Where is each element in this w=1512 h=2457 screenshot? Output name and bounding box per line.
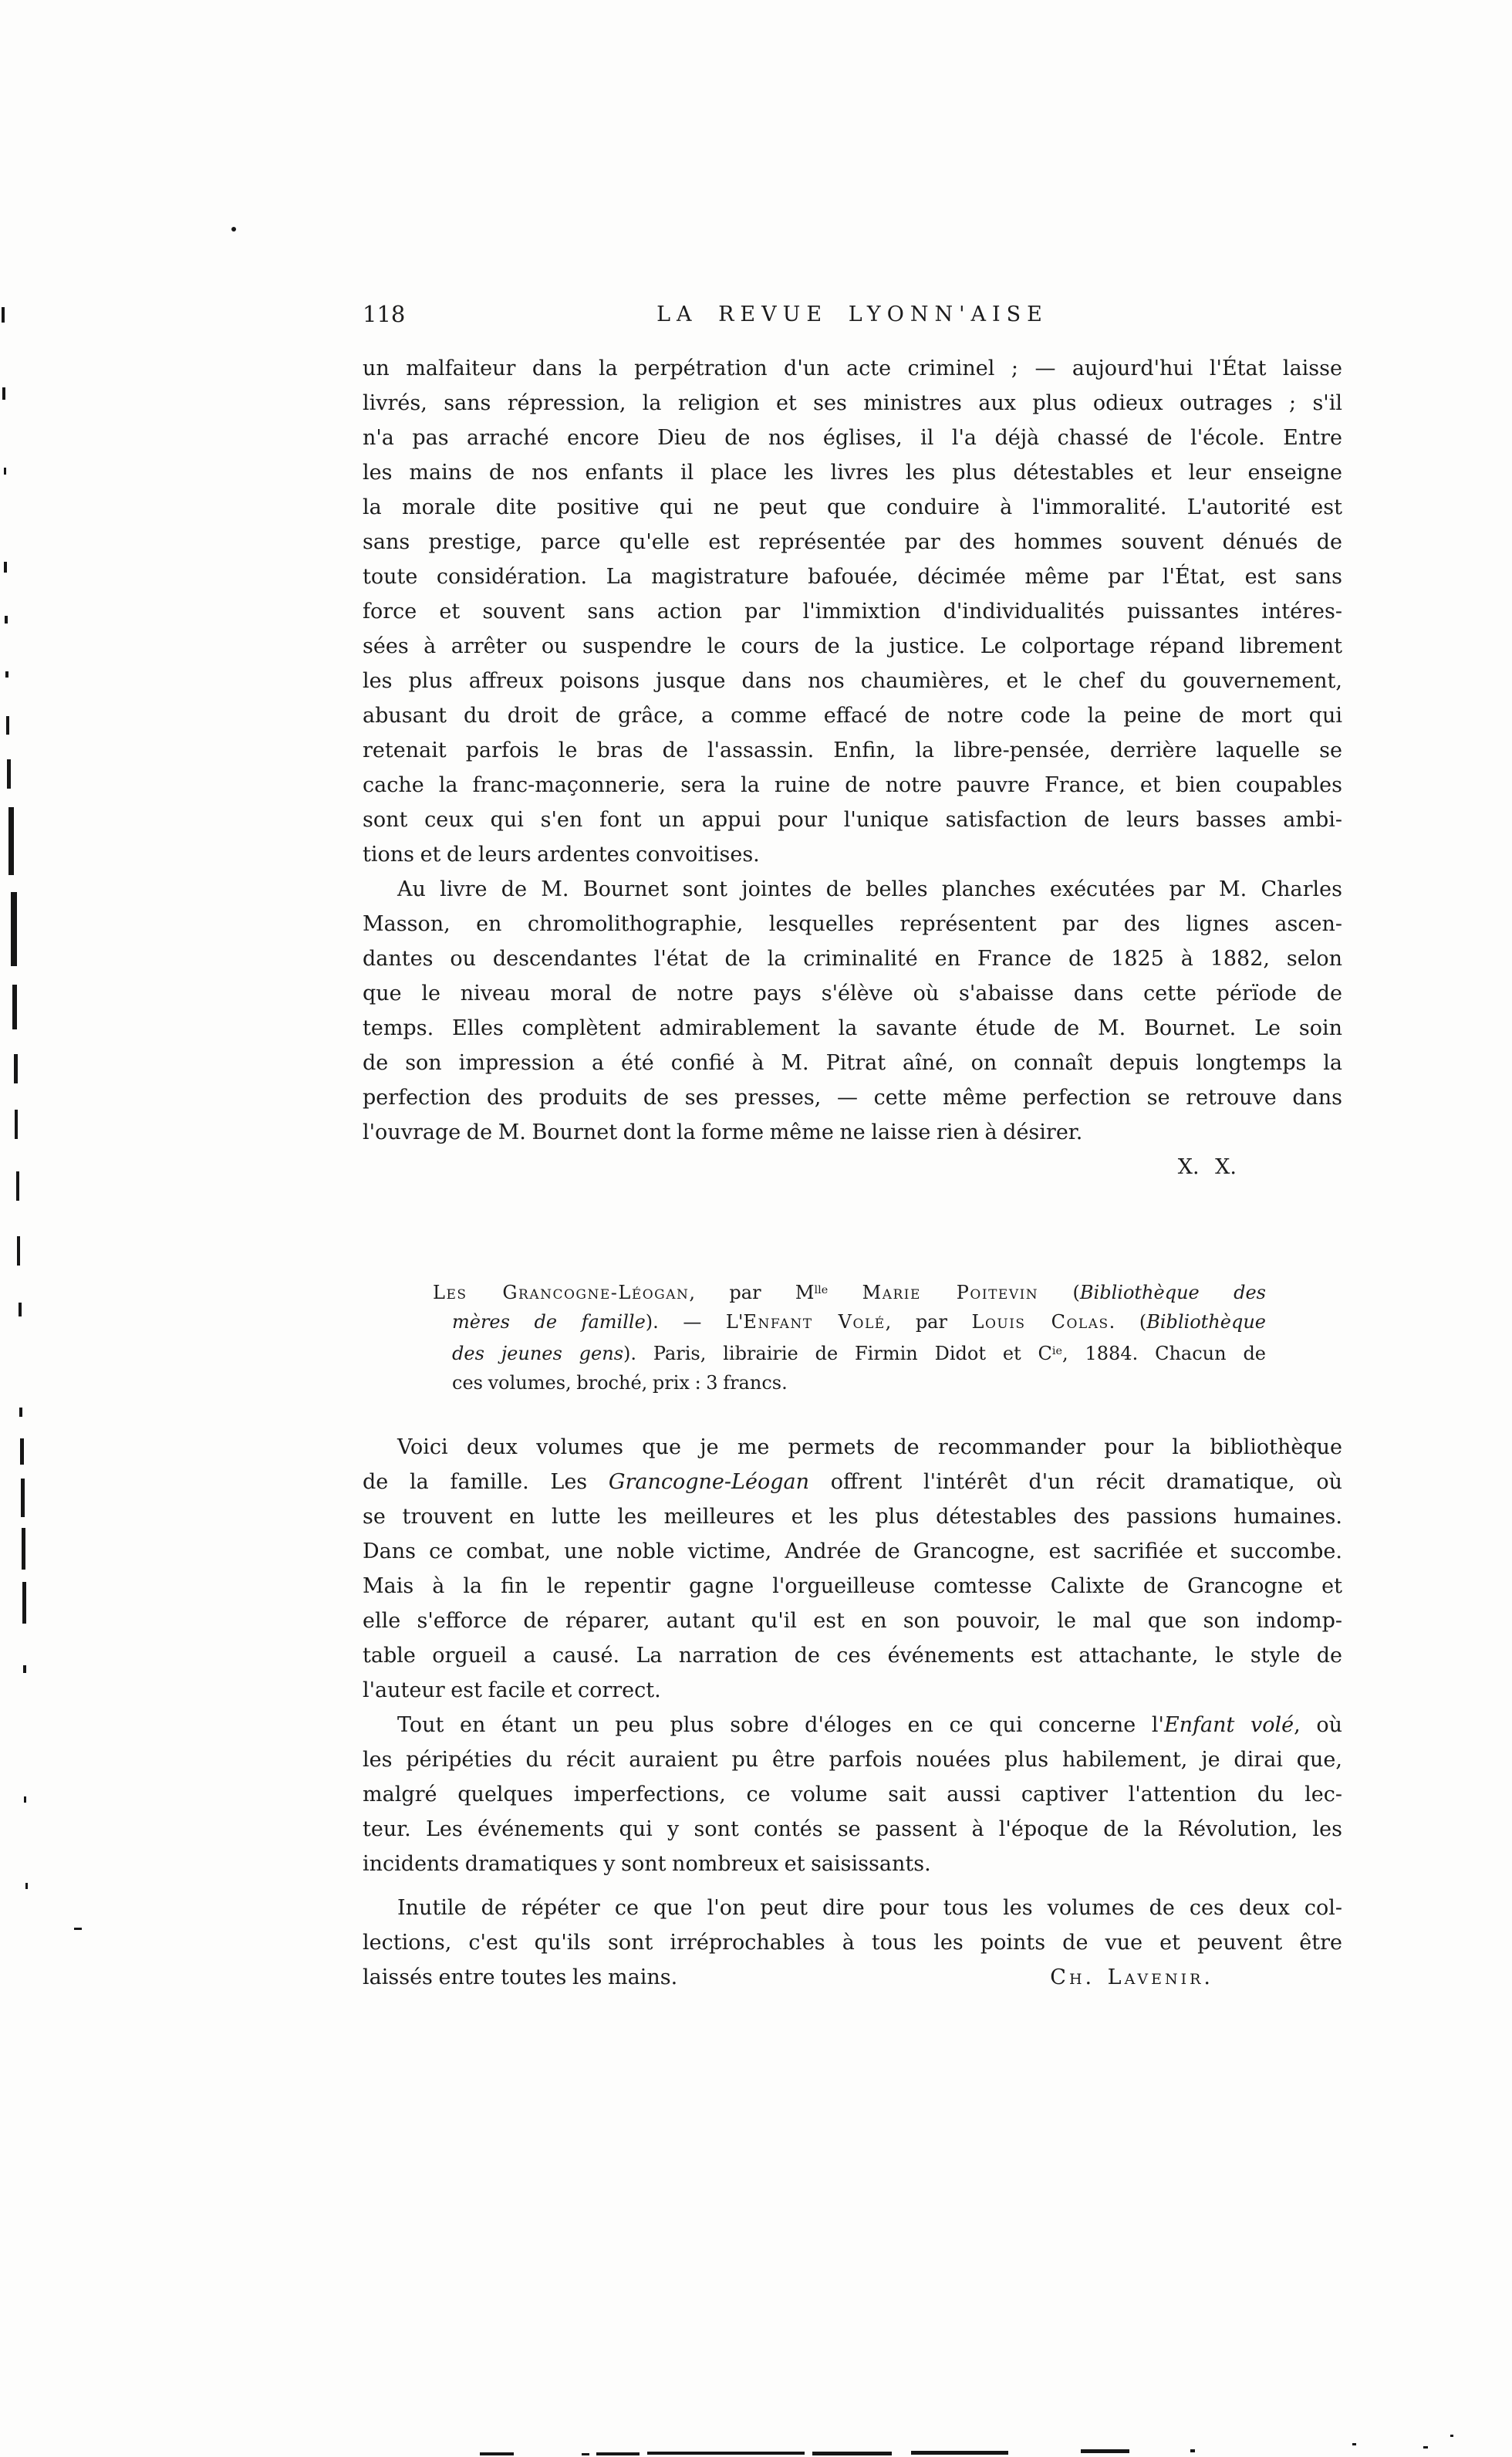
page-edge-mark [596, 2452, 640, 2455]
text-run: de son impression a été confié à M. Pitr… [363, 1051, 1342, 1075]
text-run: cache la franc-maçonnerie, sera la ruine… [363, 773, 1342, 797]
running-title: LA REVUE LYONN'AISE [363, 297, 1342, 332]
text-line: se trouvent en lutte les meilleures et l… [363, 1499, 1342, 1534]
scan-artifact [14, 1054, 18, 1083]
text-run: les péripéties du récit auraient pu être… [363, 1748, 1342, 1772]
text-run: ). Paris, librairie de Firmin Didot et C [623, 1343, 1052, 1364]
text-line: tions et de leurs ardentes convoitises. [363, 837, 1342, 872]
scan-artifact [22, 1582, 26, 1624]
page-edge-mark [812, 2452, 892, 2455]
text-line: elle s'efforce de réparer, autant qu'il … [363, 1604, 1342, 1638]
smallcaps-run: Enfant Volé [743, 1311, 885, 1333]
text-run: , 1884. Chacun de [1062, 1343, 1266, 1364]
text-line: les mains de nos enfants il place les li… [363, 455, 1342, 490]
page-edge-mark [480, 2452, 514, 2455]
scan-artifact [21, 1479, 25, 1517]
scan-artifact [24, 1796, 26, 1803]
text-run: les mains de nos enfants il place les li… [363, 461, 1342, 485]
text-line: Voici deux volumes que je me permets de … [363, 1430, 1342, 1465]
scan-artifact [231, 227, 236, 232]
text-line: que le niveau moral de notre pays s'élèv… [363, 976, 1342, 1011]
superscript-run: ie [1052, 1345, 1062, 1357]
text-line: livrés, sans répression, la religion et … [363, 386, 1342, 421]
text-line: de son impression a été confié à M. Pitr… [363, 1046, 1342, 1080]
superscript-run: lle [815, 1284, 829, 1296]
text-run: abusant du droit de grâce, a comme effac… [363, 704, 1342, 728]
italic-run: Enfant volé [1164, 1713, 1294, 1737]
line-left-part: laissés entre toutes les mains. [363, 1960, 677, 1995]
text-line: n'a pas arraché encore Dieu de nos églis… [363, 421, 1342, 455]
page-edge-mark [1190, 2449, 1195, 2452]
text-line: Dans ce combat, une noble victime, André… [363, 1534, 1342, 1569]
text-line: malgré quelques imperfections, ce volume… [363, 1777, 1342, 1812]
text-run: livrés, sans répression, la religion et … [363, 391, 1342, 415]
text-run: retenait parfois le bras de l'assassin. … [363, 738, 1342, 762]
review-paragraph-voici: Voici deux volumes que je me permets de … [363, 1430, 1342, 1708]
scan-artifact [22, 1528, 25, 1570]
italic-run: Bibliothèque des [1080, 1282, 1266, 1303]
text-run: , par M [689, 1282, 814, 1303]
text-line: cache la franc-maçonnerie, sera la ruine… [363, 768, 1342, 803]
page-edge-mark [1352, 2443, 1356, 2445]
text-line: force et souvent sans action par l'immix… [363, 594, 1342, 629]
text-run [828, 1282, 862, 1303]
text-line: mères de famille). — L'Enfant Volé, par … [433, 1307, 1266, 1337]
review-paragraph-enfant-vole: Tout en étant un peu plus sobre d'éloges… [363, 1708, 1342, 1881]
page-edge-mark [582, 2453, 589, 2455]
italic-run: mères de famille [452, 1311, 646, 1333]
text-run: teur. Les événements qui y sont contés s… [363, 1817, 1342, 1841]
text-line: temps. Elles complètent admirablement la… [363, 1011, 1342, 1046]
text-run: sées à arrêter ou suspendre le cours de … [363, 634, 1342, 658]
text-line: sées à arrêter ou suspendre le cours de … [363, 629, 1342, 664]
text-run: de la famille. Les [363, 1470, 609, 1494]
text-line: de la famille. Les Grancogne-Léogan offr… [363, 1465, 1342, 1499]
text-run: , où [1294, 1713, 1342, 1737]
page-edge-mark [1450, 2435, 1453, 2437]
text-run: , par [886, 1311, 972, 1333]
review-paragraph-planches: Au livre de M. Bournet sont jointes de b… [363, 872, 1342, 1150]
smallcaps-run: Les Grancogne-Léogan [433, 1282, 689, 1303]
scan-artifact [2, 387, 5, 400]
text-run: incidents dramatiques y sont nombreux et… [363, 1852, 931, 1876]
text-run: lections, c'est qu'ils sont irréprochabl… [363, 1931, 1342, 1955]
text-run: . ( [1109, 1311, 1147, 1333]
scanned-page: 118 LA REVUE LYONN'AISE un malfaiteur da… [0, 0, 1512, 2457]
page-edge-mark [1423, 2446, 1428, 2449]
scan-artifact [4, 468, 6, 475]
text-run: n'a pas arraché encore Dieu de nos églis… [363, 426, 1342, 450]
text-line: Les Grancogne-Léogan, par Mlle Marie Poi… [433, 1276, 1266, 1307]
page-edge-mark [1081, 2449, 1129, 2453]
text-line: sans prestige, parce qu'elle est représe… [363, 525, 1342, 559]
scan-artifact [19, 1408, 22, 1417]
text-line: perfection des produits de ses presses, … [363, 1080, 1342, 1115]
text-run: table orgueil a causé. La narration de c… [363, 1644, 1342, 1668]
italic-run: Bibliothèque [1146, 1311, 1266, 1333]
text-line: dantes ou descendantes l'état de la crim… [363, 941, 1342, 976]
text-run: perfection des produits de ses presses, … [363, 1086, 1342, 1110]
text-line: Masson, en chromolithographie, lesquelle… [363, 907, 1342, 941]
scan-artifact [19, 1303, 22, 1316]
scan-artifact [5, 616, 8, 624]
continuation-paragraph: un malfaiteur dans la perpétration d'un … [363, 351, 1342, 872]
text-run: sont ceux qui s'en font un appui pour l'… [363, 808, 1342, 832]
scan-artifact [25, 1883, 28, 1889]
text-run: malgré quelques imperfections, ce volume… [363, 1783, 1342, 1806]
scan-artifact [17, 1236, 20, 1266]
text-run: ). — L' [646, 1311, 744, 1333]
scan-artifact [15, 1110, 18, 1139]
scan-artifact [12, 985, 17, 1029]
text-run: Au livre de M. Bournet sont jointes de b… [397, 877, 1342, 901]
text-line: teur. Les événements qui y sont contés s… [363, 1812, 1342, 1847]
text-run: offrent l'intérêt d'un récit dramatique,… [809, 1470, 1342, 1494]
text-run: ces volumes, broché, prix : 3 francs. [452, 1372, 788, 1394]
text-line: laissés entre toutes les mains.Ch. Laven… [363, 1960, 1342, 1995]
text-column: 118 LA REVUE LYONN'AISE un malfaiteur da… [363, 297, 1342, 1995]
text-line: X. X. [363, 1150, 1342, 1185]
reviewer-signature-xx: X. X. [363, 1150, 1342, 1185]
scan-artifact [8, 807, 14, 875]
document-body: un malfaiteur dans la perpétration d'un … [363, 351, 1342, 1995]
text-line: lections, c'est qu'ils sont irréprochabl… [363, 1925, 1342, 1960]
text-line: les plus affreux poisons jusque dans nos… [363, 664, 1342, 698]
page-header: 118 LA REVUE LYONN'AISE [363, 297, 1342, 332]
text-run: Voici deux volumes que je me permets de … [397, 1435, 1342, 1459]
text-line: abusant du droit de grâce, a comme effac… [363, 698, 1342, 733]
scan-artifact [74, 1928, 82, 1930]
scan-artifact [20, 1438, 24, 1465]
text-run: temps. Elles complètent admirablement la… [363, 1016, 1342, 1040]
text-run: elle s'efforce de réparer, autant qu'il … [363, 1609, 1342, 1633]
text-run: l'ouvrage de M. Bournet dont la forme mê… [363, 1120, 1082, 1144]
text-line: Inutile de répéter ce que l'on peut dire… [363, 1891, 1342, 1925]
text-line: Tout en étant un peu plus sobre d'éloges… [363, 1708, 1342, 1742]
text-run: que le niveau moral de notre pays s'élèv… [363, 982, 1342, 1005]
scan-artifact [16, 1171, 19, 1201]
text-run: force et souvent sans action par l'immix… [363, 600, 1342, 624]
text-run: toute considération. La magistrature baf… [363, 565, 1342, 589]
bibliographic-entry: Les Grancogne-Léogan, par Mlle Marie Poi… [433, 1276, 1266, 1397]
italic-run: Grancogne-Léogan [609, 1470, 809, 1494]
text-run: un malfaiteur dans la perpétration d'un … [363, 357, 1342, 380]
text-run: Inutile de répéter ce que l'on peut dire… [397, 1896, 1342, 1920]
text-line: toute considération. La magistrature baf… [363, 559, 1342, 594]
text-run: la morale dite positive qui ne peut que … [363, 495, 1342, 519]
smallcaps-run: Marie Poitevin [862, 1282, 1039, 1303]
text-line: un malfaiteur dans la perpétration d'un … [363, 351, 1342, 386]
text-line: Au livre de M. Bournet sont jointes de b… [363, 872, 1342, 907]
scan-artifact [23, 1665, 26, 1673]
smallcaps-run: Louis Colas [972, 1311, 1109, 1333]
text-run: sans prestige, parce qu'elle est représe… [363, 530, 1342, 554]
signature: Ch. Lavenir. [1050, 1960, 1213, 1995]
text-run: l'auteur est facile et correct. [363, 1678, 661, 1702]
scan-artifact [4, 562, 7, 573]
text-line: Mais à la fin le repentir gagne l'orguei… [363, 1569, 1342, 1604]
scan-artifact [11, 892, 17, 966]
text-line: retenait parfois le bras de l'assassin. … [363, 733, 1342, 768]
scan-artifact [7, 759, 11, 789]
text-run: laissés entre toutes les mains. [363, 1965, 677, 1989]
text-run: se trouvent en lutte les meilleures et l… [363, 1505, 1342, 1529]
text-line: sont ceux qui s'en font un appui pour l'… [363, 803, 1342, 837]
text-line: les péripéties du récit auraient pu être… [363, 1742, 1342, 1777]
text-run: ( [1038, 1282, 1080, 1303]
page-edge-mark [911, 2451, 1008, 2455]
closing-paragraph: Inutile de répéter ce que l'on peut dire… [363, 1891, 1342, 1995]
page-edge-mark [647, 2452, 805, 2455]
scan-artifact [6, 716, 9, 735]
text-line: incidents dramatiques y sont nombreux et… [363, 1847, 1342, 1881]
text-run: X. X. [1178, 1155, 1237, 1179]
text-run: les plus affreux poisons jusque dans nos… [363, 669, 1342, 693]
text-run: Dans ce combat, une noble victime, André… [363, 1539, 1342, 1563]
text-line: des jeunes gens). Paris, librairie de Fi… [433, 1337, 1266, 1368]
italic-run: des jeunes gens [452, 1343, 623, 1364]
smallcaps-run: Ch. Lavenir. [1050, 1965, 1213, 1989]
scan-artifact [5, 671, 8, 678]
text-line: ces volumes, broché, prix : 3 francs. [433, 1368, 1266, 1397]
text-line: la morale dite positive qui ne peut que … [363, 490, 1342, 525]
text-run: Mais à la fin le repentir gagne l'orguei… [363, 1574, 1342, 1598]
text-run: tions et de leurs ardentes convoitises. [363, 843, 760, 867]
text-run: Tout en étant un peu plus sobre d'éloges… [397, 1713, 1164, 1737]
text-line: l'ouvrage de M. Bournet dont la forme mê… [363, 1115, 1342, 1150]
text-run: dantes ou descendantes l'état de la crim… [363, 947, 1342, 971]
scan-artifact [2, 307, 5, 323]
text-line: l'auteur est facile et correct. [363, 1673, 1342, 1708]
text-run: Masson, en chromolithographie, lesquelle… [363, 912, 1342, 936]
text-line: table orgueil a causé. La narration de c… [363, 1638, 1342, 1673]
